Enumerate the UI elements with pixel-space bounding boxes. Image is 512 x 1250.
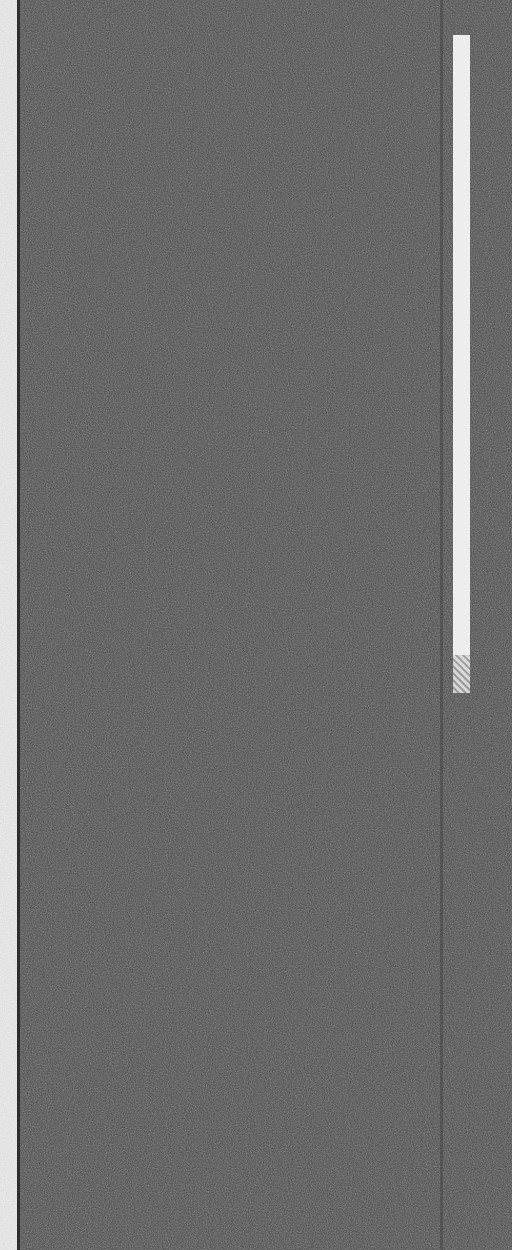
surface-seam (440, 0, 443, 1250)
lane-marking (453, 35, 470, 655)
asphalt-surface (20, 0, 512, 1250)
curb (0, 0, 18, 1250)
lane-marking-worn-end (453, 655, 470, 693)
road-scene (0, 0, 512, 1250)
